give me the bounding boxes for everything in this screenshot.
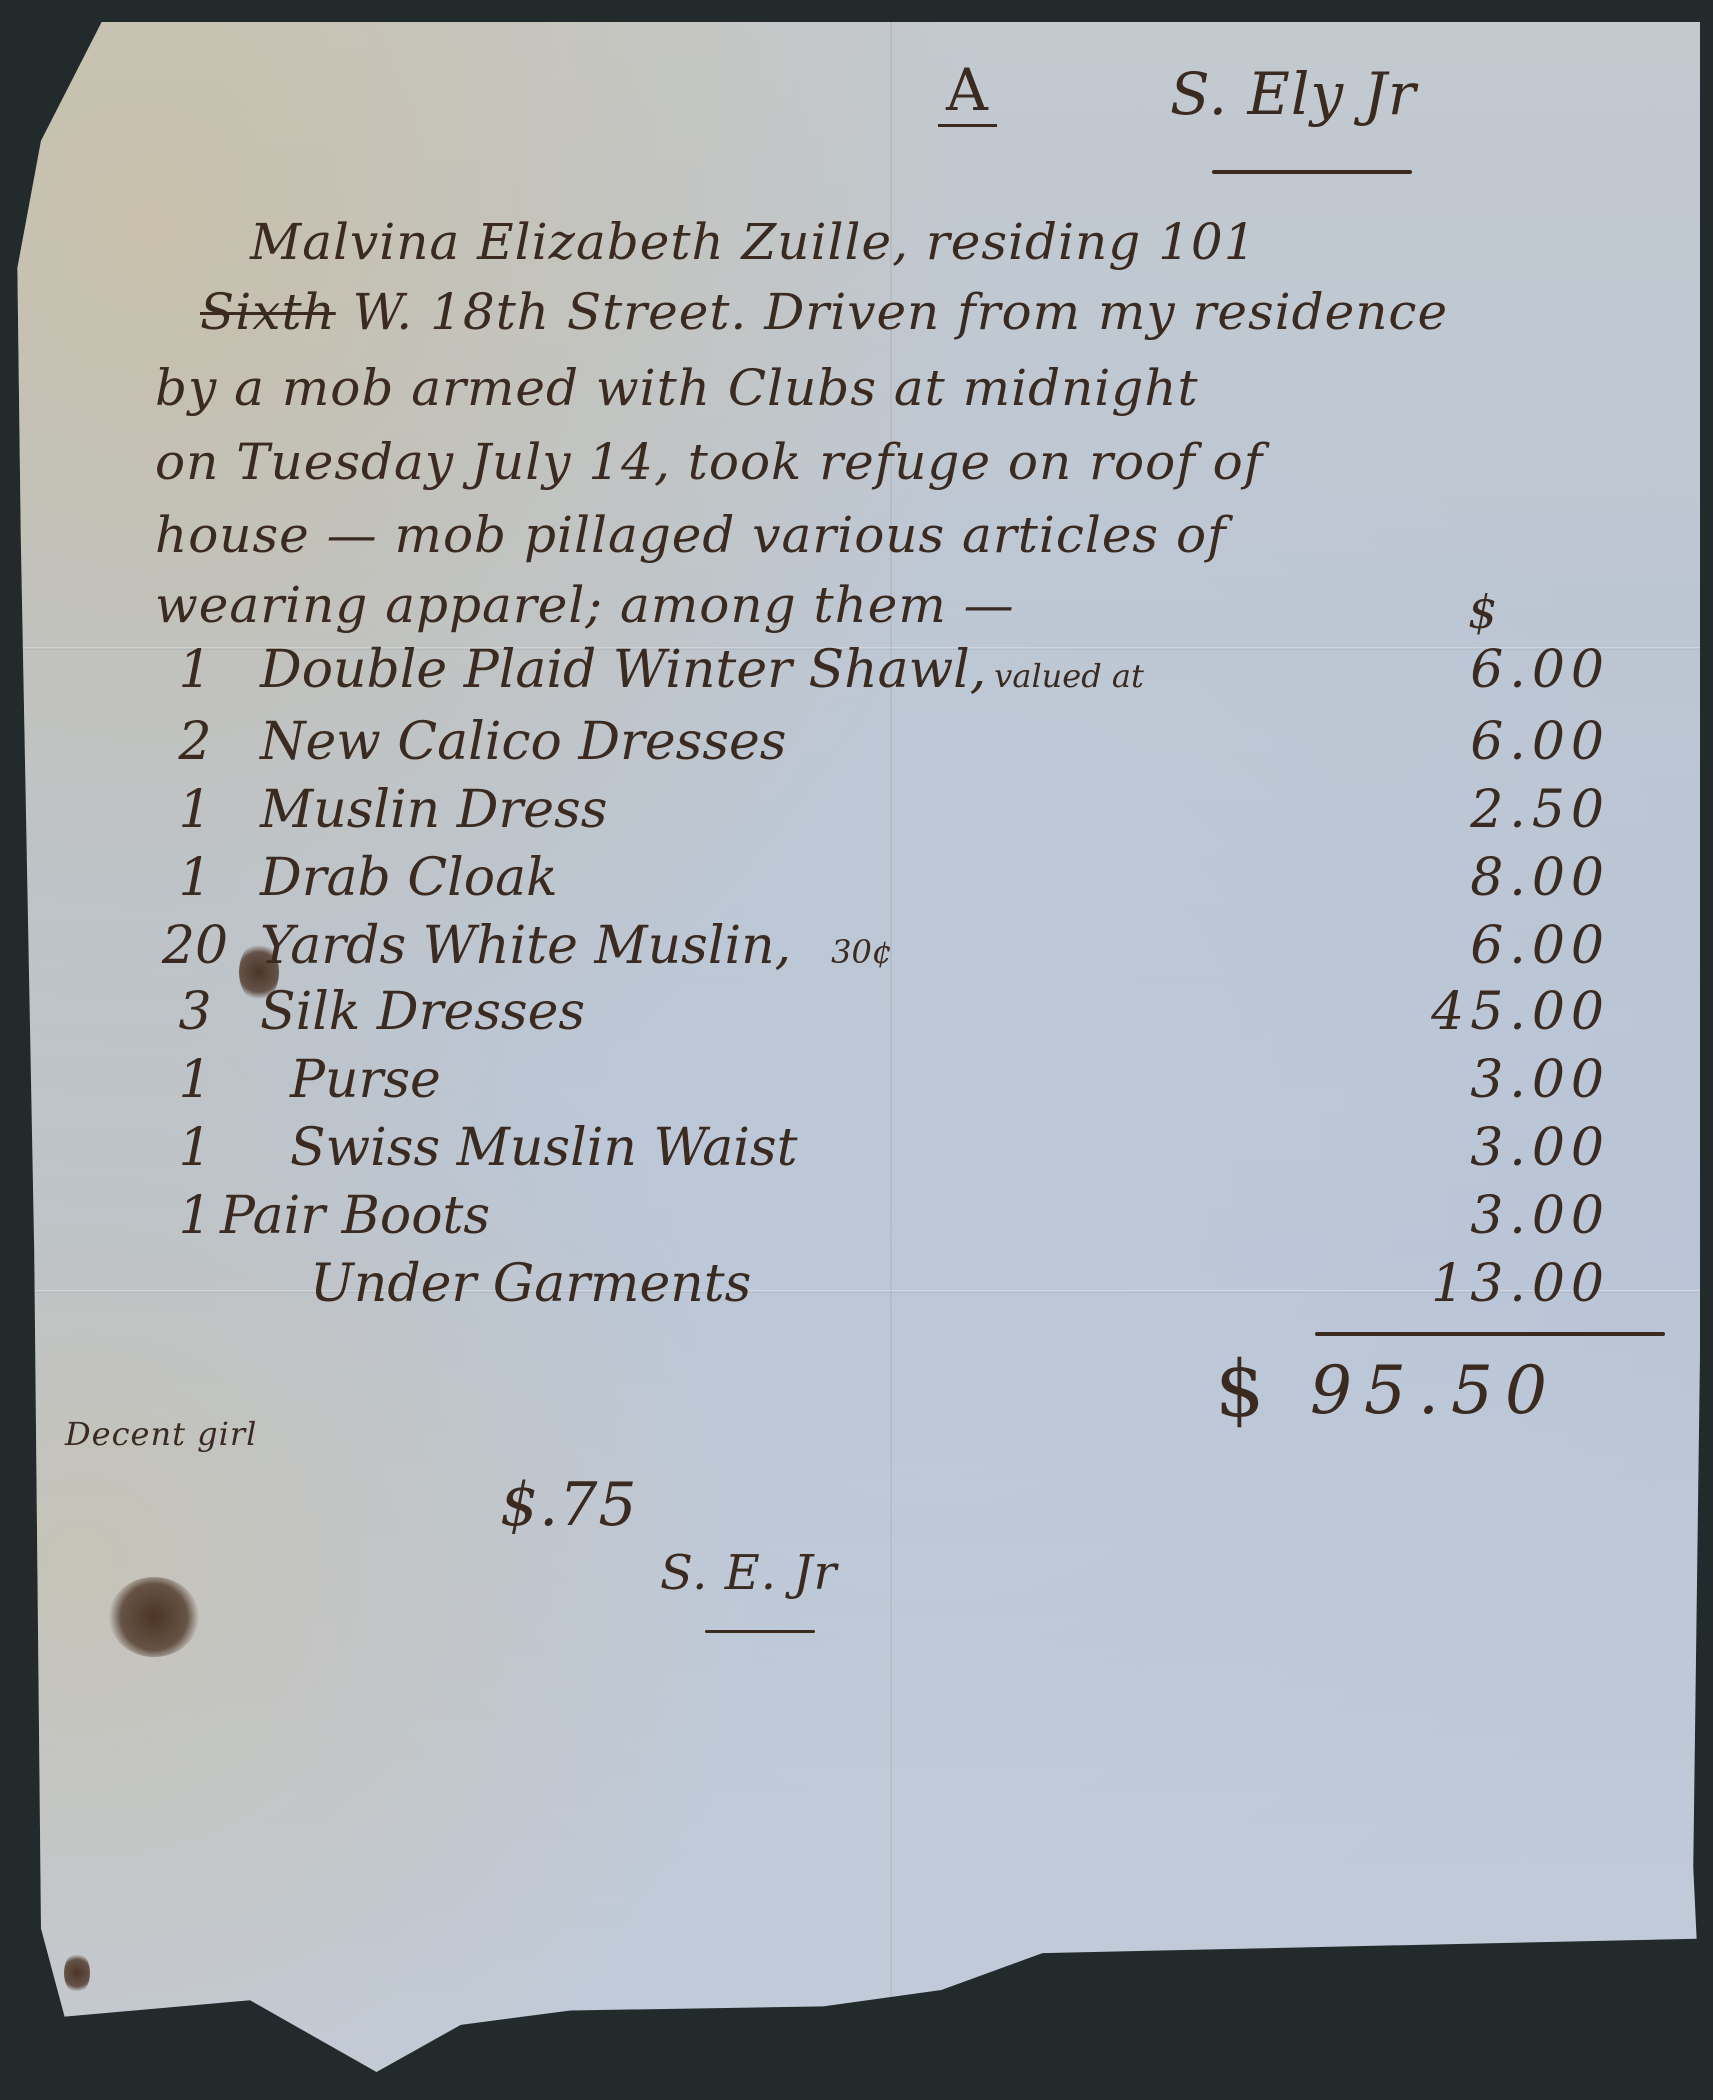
item-row: 20 Yards White Muslin,30¢ 6.00	[150, 916, 1650, 988]
body-line-3: by a mob armed with Clubs at midnight	[155, 358, 1199, 418]
body-line-5: house — mob pillaged various articles of	[155, 505, 1227, 565]
item-qty: 20	[150, 916, 240, 976]
item-amount: 3.00	[1350, 1186, 1610, 1246]
item-description: Purse	[290, 1050, 441, 1110]
item-amount: 3.00	[1350, 1050, 1610, 1110]
item-description: New Calico Dresses	[260, 712, 786, 772]
item-note: valued at	[994, 657, 1144, 695]
item-row: 3 Silk Dresses 45.00	[150, 982, 1650, 1054]
margin-note: Decent girl	[65, 1415, 257, 1453]
item-note: 30¢	[831, 933, 892, 971]
struck-word: Sixth	[200, 283, 336, 341]
signature: S. E. Jr	[660, 1545, 837, 1601]
item-qty: 1	[150, 640, 240, 700]
item-description: Under Garments	[310, 1254, 751, 1314]
item-description: Silk Dresses	[260, 982, 585, 1042]
item-amount: 6.00	[1350, 640, 1610, 700]
item-row: 2 New Calico Dresses 6.00	[150, 712, 1650, 784]
currency-symbol: $	[1468, 585, 1498, 639]
total-amount: 95.50	[1310, 1352, 1559, 1429]
item-qty: 1	[150, 1118, 240, 1178]
award-amount: $.75	[500, 1470, 638, 1540]
item-description: Drab Cloak	[260, 848, 558, 908]
body-line-4: on Tuesday July 14, took refuge on roof …	[155, 432, 1263, 492]
item-amount: 6.00	[1350, 712, 1610, 772]
item-qty: 2	[150, 712, 240, 772]
item-qty: 1	[150, 848, 240, 908]
body-line-2: Sixth W. 18th Street. Driven from my res…	[200, 282, 1448, 342]
body-line-6: wearing apparel; among them —	[155, 575, 1015, 635]
document-mark: A	[938, 56, 997, 127]
item-description: Yards White Muslin,30¢	[260, 916, 892, 976]
item-qty: 1	[150, 780, 240, 840]
signature-underline	[705, 1630, 815, 1633]
total-rule	[1315, 1332, 1665, 1336]
item-row: 1 Double Plaid Winter Shawl,valued at 6.…	[150, 640, 1650, 712]
item-row: Under Garments 13.00	[150, 1254, 1650, 1326]
item-amount: 2.50	[1350, 780, 1610, 840]
total-currency-symbol: $	[1215, 1345, 1266, 1435]
item-qty: 3	[150, 982, 240, 1042]
item-amount: 8.00	[1350, 848, 1610, 908]
item-row: 1 Muslin Dress 2.50	[150, 780, 1650, 852]
item-row: 1 Drab Cloak 8.00	[150, 848, 1650, 920]
item-description: Muslin Dress	[260, 780, 607, 840]
body-line-1: Malvina Elizabeth Zuille, residing 101	[250, 212, 1257, 272]
item-amount: 3.00	[1350, 1118, 1610, 1178]
item-amount: 45.00	[1350, 982, 1610, 1042]
ink-stain	[64, 1952, 90, 1994]
item-amount: 13.00	[1350, 1254, 1610, 1314]
item-row: 1 Swiss Muslin Waist 3.00	[150, 1118, 1650, 1190]
item-description: Pair Boots	[220, 1186, 490, 1246]
header-initials: S. Ely Jr	[1170, 60, 1417, 128]
ink-stain	[109, 1577, 199, 1657]
body-line-2-text: W. 18th Street. Driven from my residence	[353, 283, 1448, 341]
item-amount: 6.00	[1350, 916, 1610, 976]
item-row: 1 Pair Boots 3.00	[150, 1186, 1650, 1258]
item-description: Double Plaid Winter Shawl,valued at	[260, 640, 1144, 700]
item-qty: 1	[150, 1050, 240, 1110]
initials-underline	[1212, 170, 1412, 174]
item-row: 1 Purse 3.00	[150, 1050, 1650, 1122]
item-description: Swiss Muslin Waist	[290, 1118, 798, 1178]
